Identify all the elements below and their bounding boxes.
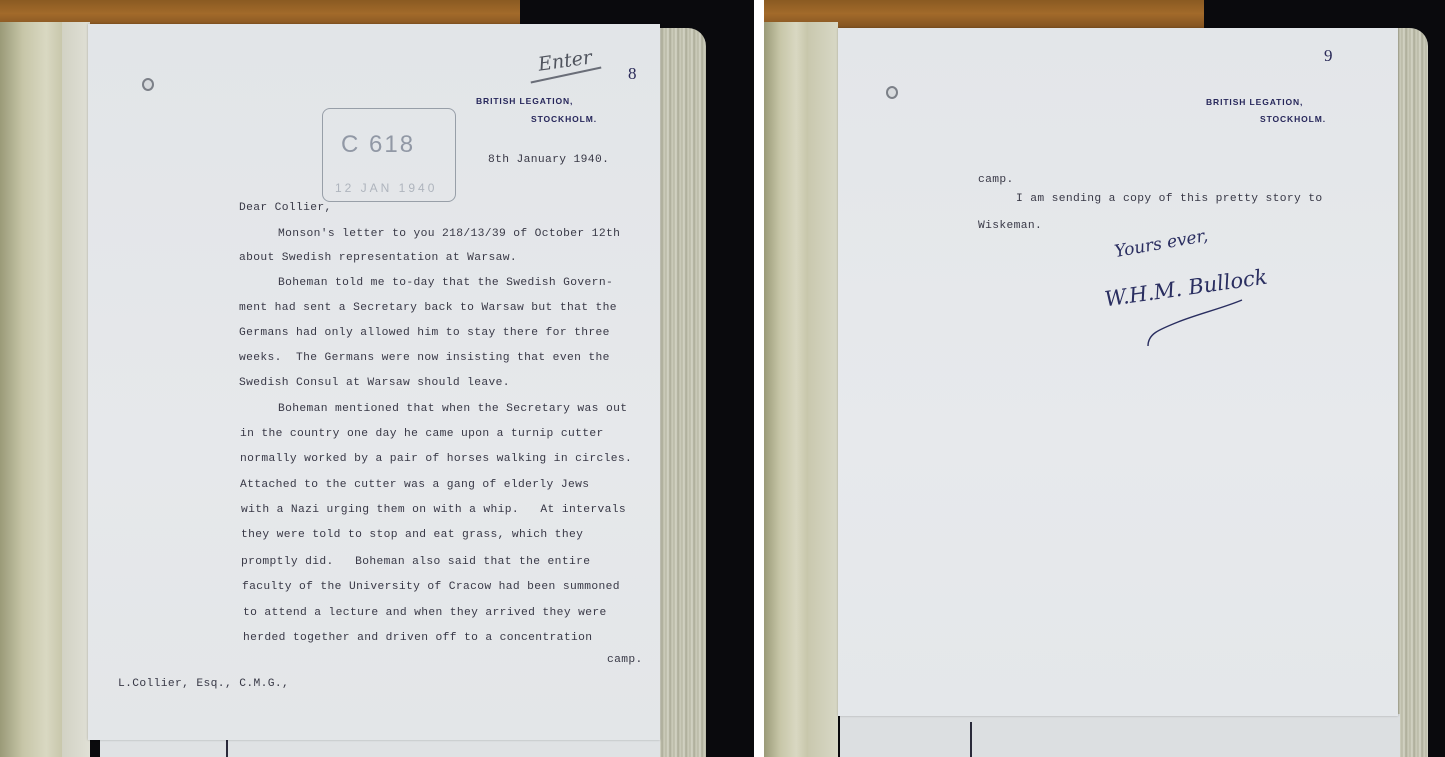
salutation: Dear Collier, [239, 202, 332, 214]
handwritten-closing: Yours ever, [1113, 226, 1210, 262]
body-line: they were told to stop and eat grass, wh… [241, 529, 583, 541]
letterhead-line-1: BRITISH LEGATION, [1206, 97, 1303, 107]
addressee-line: L.Collier, Esq., C.M.G., [118, 678, 289, 690]
underlying-sheet-rule [226, 740, 228, 757]
body-line: about Swedish representation at Warsaw. [239, 252, 517, 264]
letter-page-2: 9 BRITISH LEGATION, STOCKHOLM. camp. I a… [838, 28, 1398, 716]
page-number: 9 [1324, 46, 1333, 66]
body-line: ment had sent a Secretary back to Warsaw… [239, 302, 617, 314]
body-line: in the country one day he came upon a tu… [240, 428, 604, 440]
body-line: camp. [607, 654, 643, 666]
body-line: with a Nazi urging them on with a whip. … [241, 504, 626, 516]
binder-margin [808, 22, 838, 757]
punch-hole [886, 86, 898, 99]
letterhead-line-2: STOCKHOLM. [1260, 114, 1326, 124]
body-line: Boheman told me to-day that the Swedish … [278, 277, 613, 289]
body-line: Swedish Consul at Warsaw should leave. [239, 377, 510, 389]
letter-date: 8th January 1940. [488, 154, 609, 166]
binder-margin [62, 22, 90, 757]
body-line: camp. [978, 174, 1014, 186]
body-line: Attached to the cutter was a gang of eld… [240, 479, 589, 491]
body-line: Monson's letter to you 218/13/39 of Octo… [278, 228, 620, 240]
page-number: 8 [628, 64, 637, 84]
letter-page-1: Enter 8 BRITISH LEGATION, STOCKHOLM. C 6… [88, 24, 660, 740]
stamp-date: 12 JAN 1940 [335, 181, 437, 195]
punch-hole [142, 78, 154, 91]
underlying-sheet [840, 714, 1400, 757]
binder-spine [0, 22, 66, 757]
body-line: Germans had only allowed him to stay the… [239, 327, 610, 339]
body-line: to attend a lecture and when they arrive… [243, 607, 607, 619]
body-line: herded together and driven off to a conc… [243, 632, 592, 644]
body-line: Wiskeman. [978, 220, 1042, 232]
body-line: normally worked by a pair of horses walk… [240, 453, 632, 465]
letterhead-line-2: STOCKHOLM. [531, 114, 597, 124]
body-line: weeks. The Germans were now insisting th… [239, 352, 610, 364]
body-line: Boheman mentioned that when the Secretar… [278, 403, 627, 415]
body-line: promptly did. Boheman also said that the… [241, 556, 590, 568]
binder-spine [764, 22, 810, 757]
left-page-photo: Enter 8 BRITISH LEGATION, STOCKHOLM. C 6… [0, 0, 754, 757]
letterhead-line-1: BRITISH LEGATION, [476, 96, 573, 106]
body-line: I am sending a copy of this pretty story… [1016, 193, 1323, 205]
registry-stamp: C 618 12 JAN 1940 [322, 108, 456, 202]
stamp-reference: C 618 [341, 131, 415, 159]
body-line: faculty of the University of Cracow had … [242, 581, 620, 593]
underlying-sheet-rule [970, 722, 972, 757]
signature-flourish-icon [1138, 298, 1248, 348]
right-page-photo: 9 BRITISH LEGATION, STOCKHOLM. camp. I a… [764, 0, 1445, 757]
